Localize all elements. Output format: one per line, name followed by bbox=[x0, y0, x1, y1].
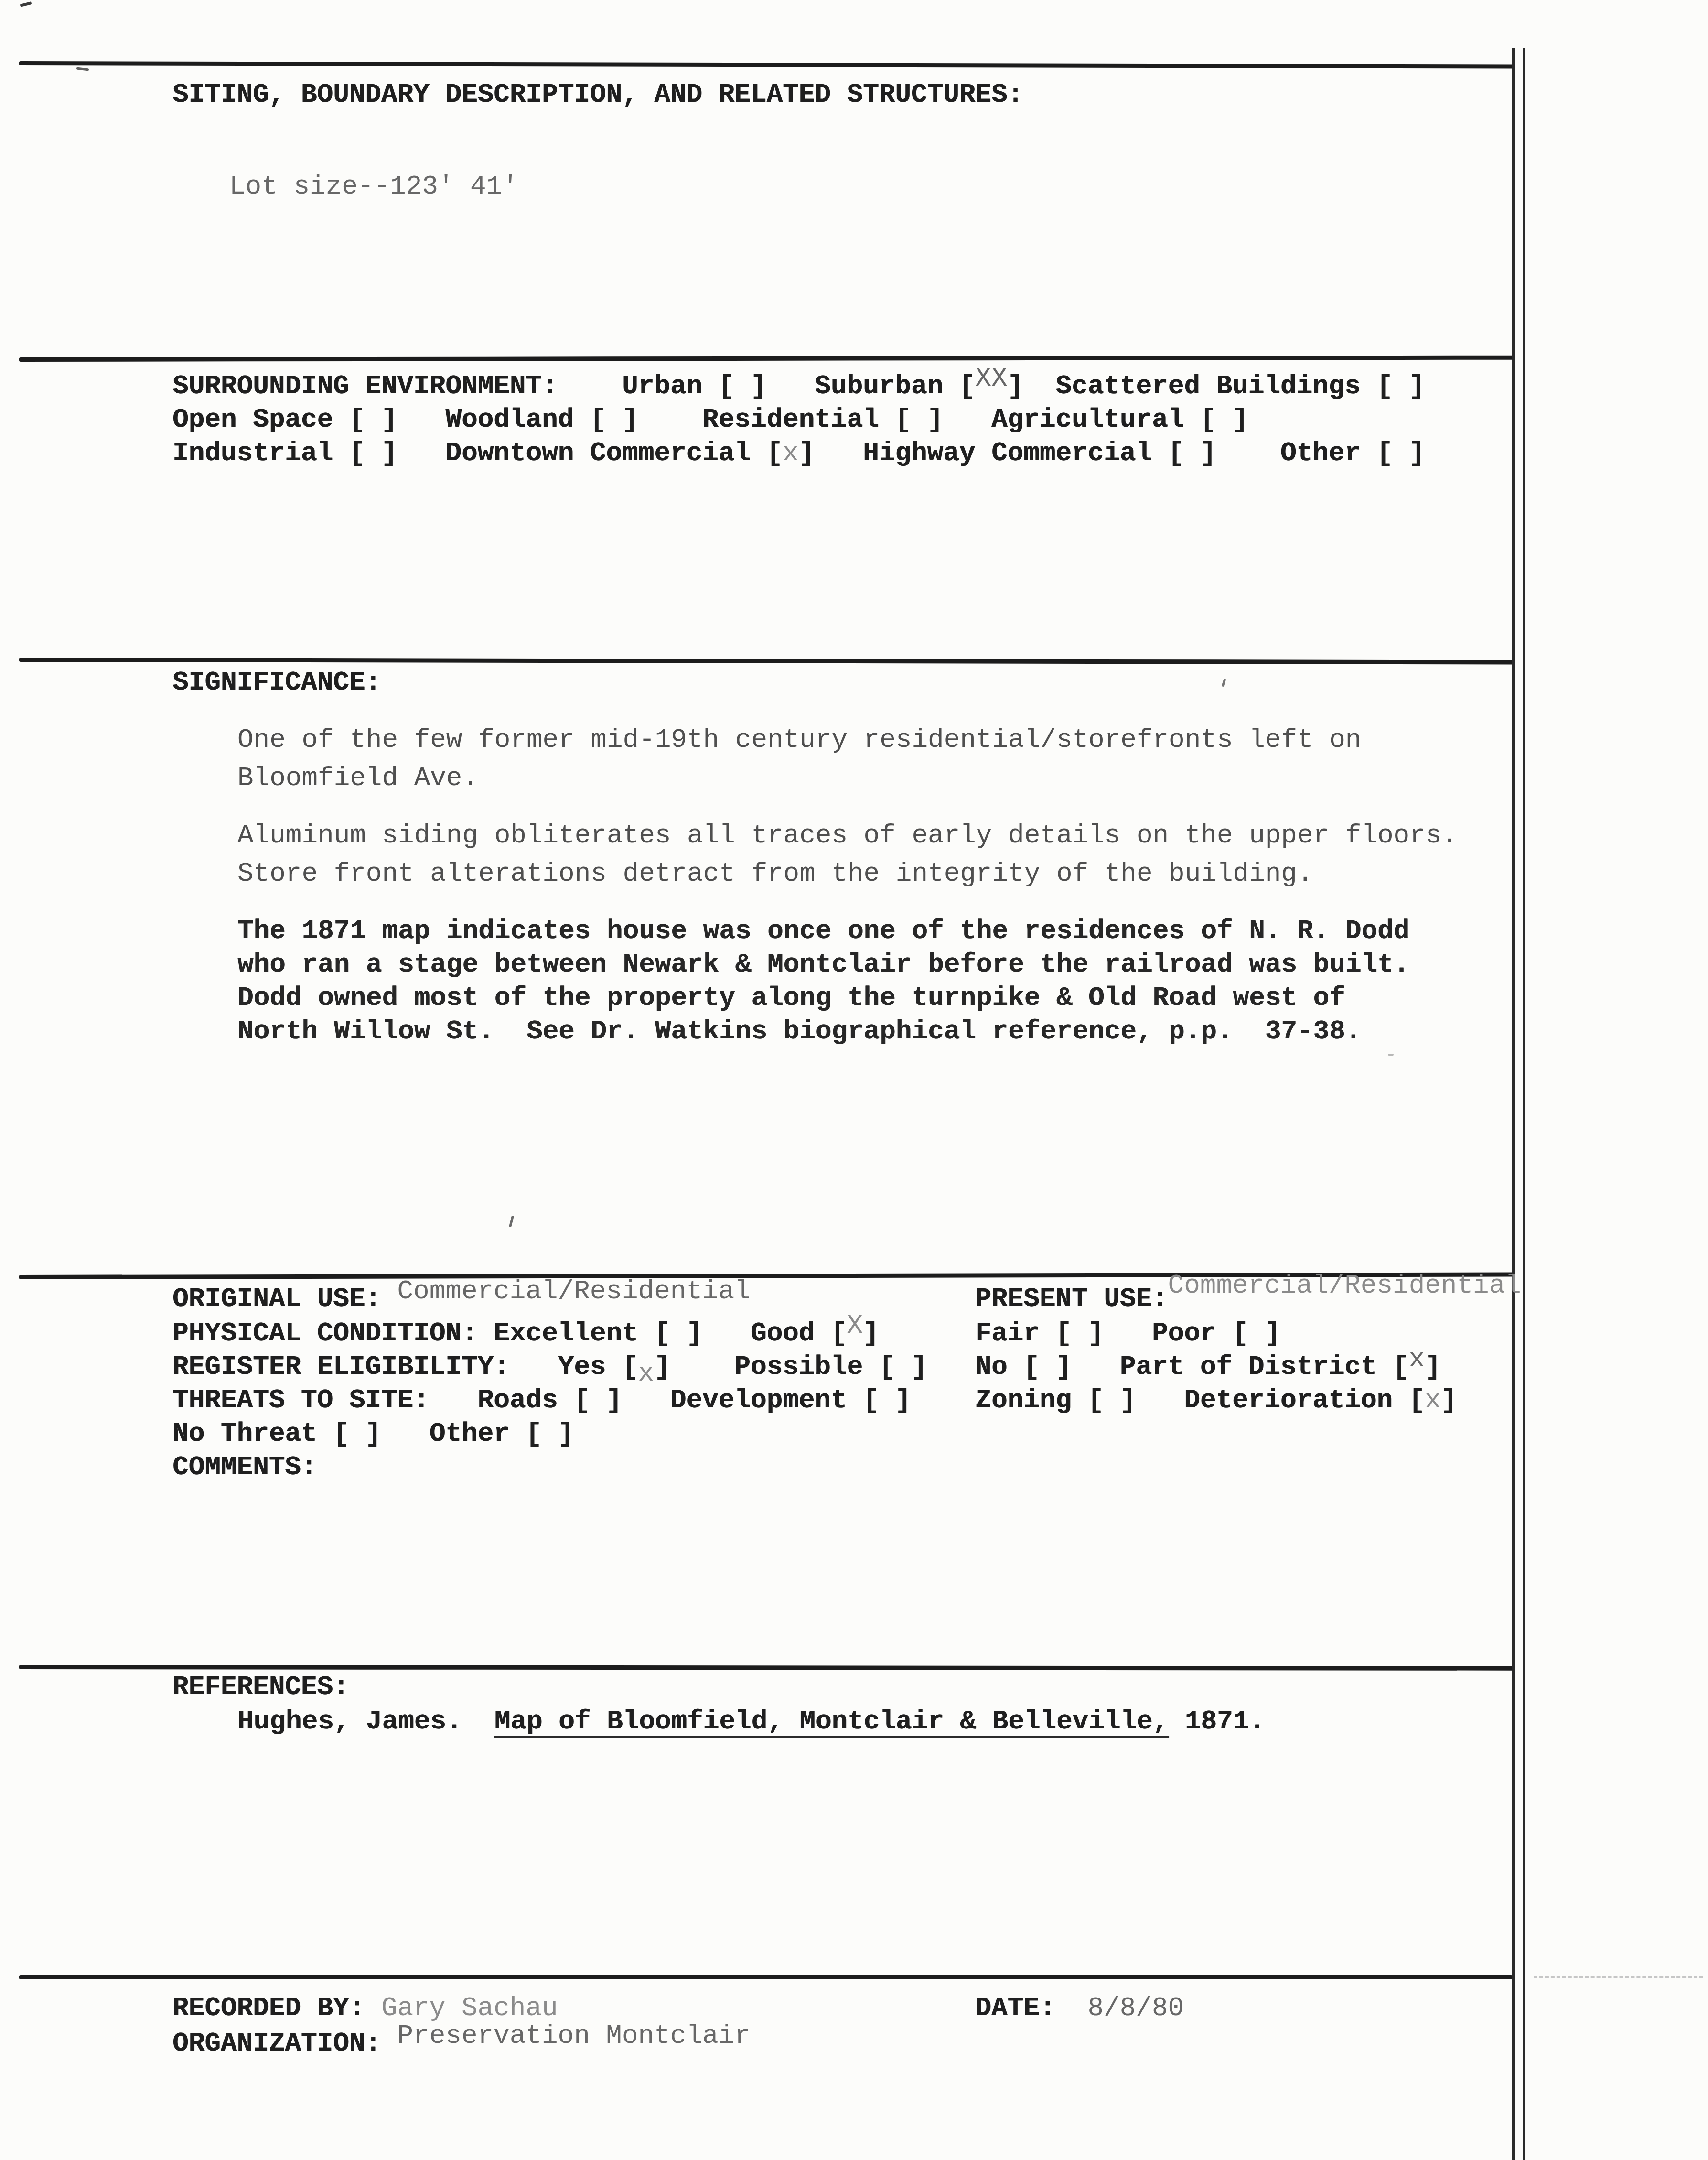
recorded-by-value: Gary Sachau bbox=[381, 1993, 558, 2023]
physical-condition-line: PHYSICAL CONDITION: Excellent [ ] Good [… bbox=[172, 1319, 1280, 1348]
significance-paragraph-3-line-2-text: who ran a stage between Newark & Montcla… bbox=[237, 949, 1409, 980]
comments-heading: COMMENTS: bbox=[172, 1453, 317, 1481]
organization-line-text: ORGANIZATION: bbox=[172, 2028, 397, 2059]
scan-artifact bbox=[20, 1, 32, 7]
physical-condition-line-text: PHYSICAL CONDITION: Excellent [ ] Good [ bbox=[172, 1318, 847, 1349]
register-eligibility-line: REGISTER ELIGIBILITY: Yes [x] Possible [… bbox=[172, 1352, 1441, 1381]
siting-section-heading: SITING, BOUNDARY DESCRIPTION, AND RELATE… bbox=[172, 80, 1023, 109]
significance-paragraph-3-line-4-text: North Willow St. See Dr. Watkins biograp… bbox=[237, 1016, 1361, 1047]
siting-section-heading-text: SITING, BOUNDARY DESCRIPTION, AND RELATE… bbox=[172, 79, 1023, 110]
surrounding-environment-line-2-text: Open Space [ ] Woodland [ ] Residential … bbox=[172, 404, 1248, 435]
recorded-by-line-text: DATE: bbox=[558, 1993, 1056, 2023]
part-of-district-checkbox-mark: x bbox=[1409, 1344, 1425, 1374]
page-edge-vertical-line bbox=[1512, 48, 1515, 2160]
organization-value: Preservation Montclair bbox=[397, 2020, 750, 2051]
scan-artifact bbox=[1388, 1054, 1394, 1056]
significance-section-heading: SIGNIFICANCE: bbox=[172, 668, 381, 697]
use-line-text: PRESENT USE: bbox=[751, 1284, 1168, 1314]
surrounding-environment-line-3-text: ] Highway Commercial [ ] Other [ ] bbox=[799, 438, 1425, 468]
register-eligibility-line-text: ] bbox=[1425, 1351, 1441, 1382]
register-eligibility-line-text: ] Possible [ ] No [ ] Part of District [ bbox=[654, 1351, 1408, 1382]
scan-artifact bbox=[509, 1216, 514, 1227]
significance-paragraph-1-line-2: Bloomfield Ave. bbox=[237, 764, 478, 792]
section-divider-line bbox=[19, 1665, 1514, 1671]
significance-paragraph-3-line-1: The 1871 map indicates house was once on… bbox=[237, 917, 1409, 945]
lot-size-value: Lot size--123' 41' bbox=[229, 171, 518, 202]
surrounding-environment-line-1-text: ] Scattered Buildings [ ] bbox=[1008, 371, 1425, 401]
significance-paragraph-3-line-3-text: Dodd owned most of the property along th… bbox=[237, 983, 1345, 1013]
surrounding-environment-line-3: Industrial [ ] Downtown Commercial [x] H… bbox=[172, 439, 1425, 467]
recorded-by-line: RECORDED BY: Gary Sachau DATE: 8/8/80 bbox=[172, 1994, 1184, 2022]
section-divider-line bbox=[19, 356, 1514, 362]
lot-size-entry: Lot size--123' 41' bbox=[229, 172, 518, 201]
suburban-checkbox-mark: XX bbox=[975, 363, 1007, 394]
register-eligibility-line-text: REGISTER ELIGIBILITY: Yes [ bbox=[172, 1351, 638, 1382]
references-section-heading: REFERENCES: bbox=[172, 1673, 349, 1701]
section-divider-line bbox=[19, 61, 1514, 69]
significance-paragraph-2-line-2-text: Store front alterations detract from the… bbox=[237, 858, 1313, 889]
faint-dotted-line bbox=[1534, 1976, 1703, 1978]
references-section-heading-text: REFERENCES: bbox=[172, 1672, 349, 1702]
significance-section-heading-text: SIGNIFICANCE: bbox=[172, 667, 381, 698]
surrounding-environment-line-1-text: SURROUNDING ENVIRONMENT: Urban [ ] Subur… bbox=[172, 371, 975, 401]
reference-title: Map of Bloomfield, Montclair & Bellevill… bbox=[494, 1706, 1169, 1737]
surrounding-environment-line-2: Open Space [ ] Woodland [ ] Residential … bbox=[172, 405, 1248, 434]
yes-checkbox-mark: x bbox=[638, 1358, 655, 1389]
date-value: 8/8/80 bbox=[1055, 1993, 1184, 2023]
use-line: ORIGINAL USE: Commercial/Residential PRE… bbox=[172, 1285, 1521, 1313]
significance-paragraph-2-line-1: Aluminum siding obliterates all traces o… bbox=[237, 821, 1458, 850]
page-edge-vertical-line bbox=[1523, 48, 1525, 2160]
significance-paragraph-3-line-2: who ran a stage between Newark & Montcla… bbox=[237, 950, 1409, 979]
downtown-commercial-checkbox-mark: x bbox=[783, 438, 799, 468]
significance-paragraph-2-line-1-text: Aluminum siding obliterates all traces o… bbox=[237, 820, 1458, 851]
physical-condition-line-text: ] Fair [ ] Poor [ ] bbox=[863, 1318, 1280, 1349]
threats-to-site-line-text: ] bbox=[1441, 1385, 1457, 1415]
surrounding-environment-line-1: SURROUNDING ENVIRONMENT: Urban [ ] Subur… bbox=[172, 372, 1425, 400]
significance-paragraph-3-line-3: Dodd owned most of the property along th… bbox=[237, 983, 1345, 1012]
scanned-form-page: SITING, BOUNDARY DESCRIPTION, AND RELATE… bbox=[0, 0, 1708, 2160]
significance-paragraph-3-line-4: North Willow St. See Dr. Watkins biograp… bbox=[237, 1017, 1361, 1046]
present-use-value: Commercial/Residential bbox=[1168, 1270, 1521, 1301]
threats-to-site-line-text: THREATS TO SITE: Roads [ ] Development [… bbox=[172, 1385, 1425, 1415]
section-divider-line bbox=[19, 1975, 1513, 1979]
significance-paragraph-1-line-2-text: Bloomfield Ave. bbox=[237, 763, 478, 793]
original-use-value: Commercial/Residential bbox=[397, 1276, 750, 1307]
comments-heading-text: COMMENTS: bbox=[172, 1452, 317, 1482]
reference-entry-text: Hughes, James. bbox=[237, 1706, 494, 1737]
significance-paragraph-1-line-1: One of the few former mid-19th century r… bbox=[237, 725, 1361, 754]
organization-line: ORGANIZATION: Preservation Montclair bbox=[172, 2029, 751, 2058]
significance-paragraph-1-line-1-text: One of the few former mid-19th century r… bbox=[237, 724, 1361, 755]
deterioration-checkbox-mark: x bbox=[1425, 1385, 1441, 1415]
reference-entry: Hughes, James. Map of Bloomfield, Montcl… bbox=[237, 1707, 1265, 1736]
no-threat-other-line-text: No Threat [ ] Other [ ] bbox=[172, 1418, 574, 1449]
recorded-by-line-text: RECORDED BY: bbox=[172, 1993, 381, 2023]
no-threat-other-line: No Threat [ ] Other [ ] bbox=[172, 1419, 574, 1448]
good-checkbox-mark: X bbox=[847, 1310, 863, 1341]
significance-paragraph-3-line-1-text: The 1871 map indicates house was once on… bbox=[237, 916, 1409, 946]
use-line-text: ORIGINAL USE: bbox=[172, 1284, 397, 1314]
reference-entry-text: 1871. bbox=[1169, 1706, 1265, 1737]
threats-to-site-line: THREATS TO SITE: Roads [ ] Development [… bbox=[172, 1386, 1457, 1415]
scan-artifact bbox=[76, 67, 89, 71]
section-divider-line bbox=[19, 658, 1514, 664]
significance-paragraph-2-line-2: Store front alterations detract from the… bbox=[237, 859, 1313, 888]
scan-artifact bbox=[1221, 679, 1226, 687]
surrounding-environment-line-3-text: Industrial [ ] Downtown Commercial [ bbox=[172, 438, 783, 468]
